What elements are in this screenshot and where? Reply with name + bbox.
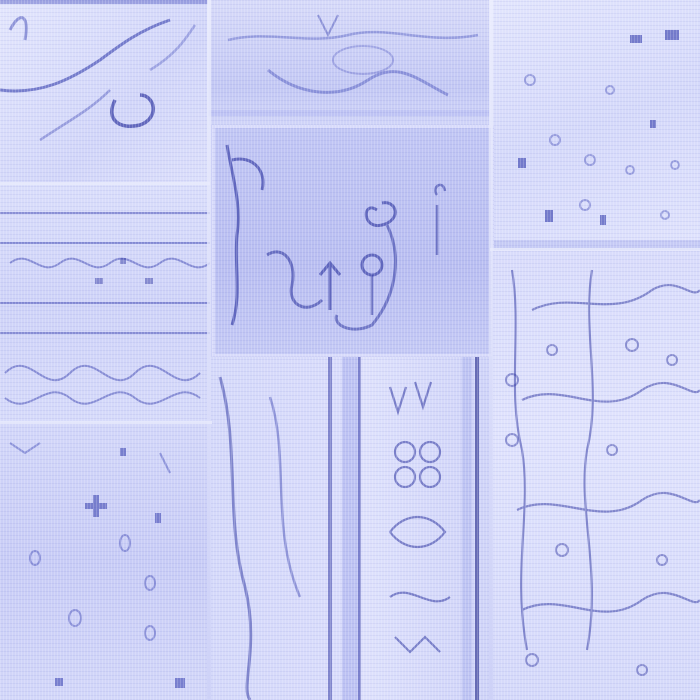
border-band-icon	[0, 183, 210, 423]
botanical-motif-icon	[212, 125, 494, 357]
patch-bottom-left-motifs	[0, 423, 212, 700]
patchwork-rug-image	[0, 0, 700, 700]
patch-right-floral-field	[492, 250, 700, 700]
patch-top-right-dots	[490, 0, 700, 250]
floral-field-icon	[492, 250, 700, 700]
patch-left-band-borders	[0, 183, 210, 423]
motif-grid-icon	[0, 423, 212, 700]
patch-top-center-medallion	[208, 0, 493, 125]
patch-top-left-scroll	[0, 0, 210, 185]
patch-center-botanical	[212, 125, 494, 357]
patch-bottom-center-border-strip	[210, 357, 492, 700]
scroll-motif-icon	[0, 0, 210, 185]
border-strip-icon	[210, 357, 492, 700]
dot-motif-icon	[490, 0, 700, 250]
medallion-motif-icon	[208, 0, 493, 125]
